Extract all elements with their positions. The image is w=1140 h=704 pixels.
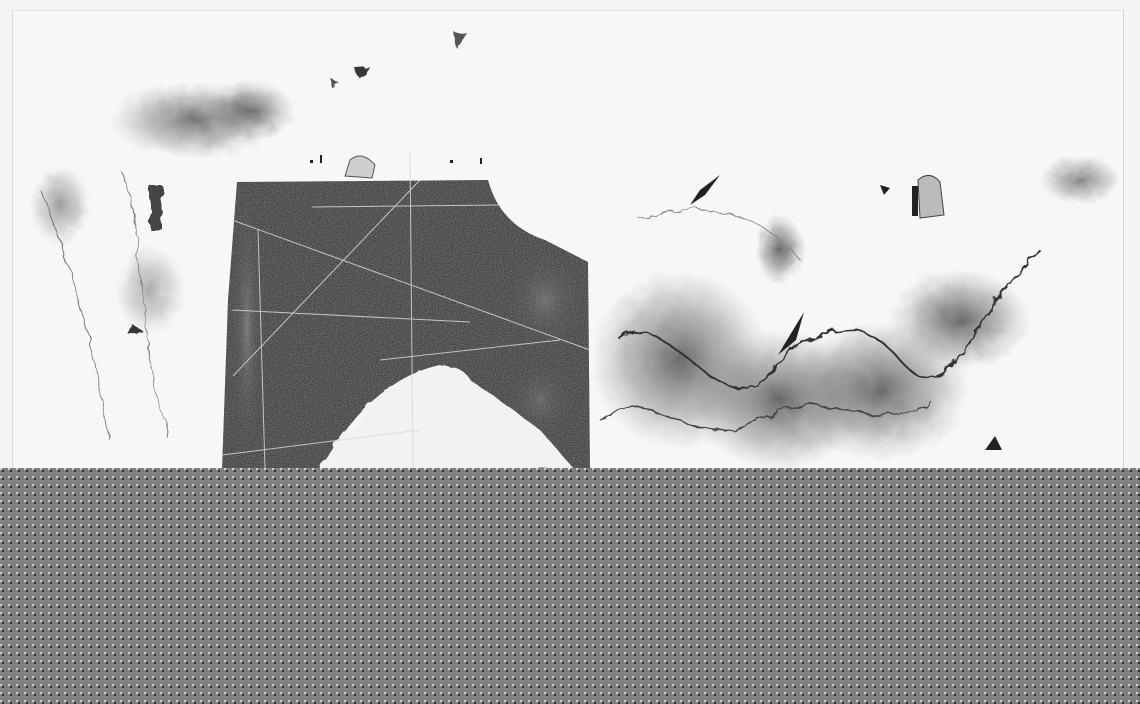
artwork-canvas xyxy=(0,0,1140,704)
right-etched-cluster xyxy=(590,155,1120,470)
placeholder-dither-region xyxy=(0,468,1140,704)
etching-artwork xyxy=(0,0,1140,470)
